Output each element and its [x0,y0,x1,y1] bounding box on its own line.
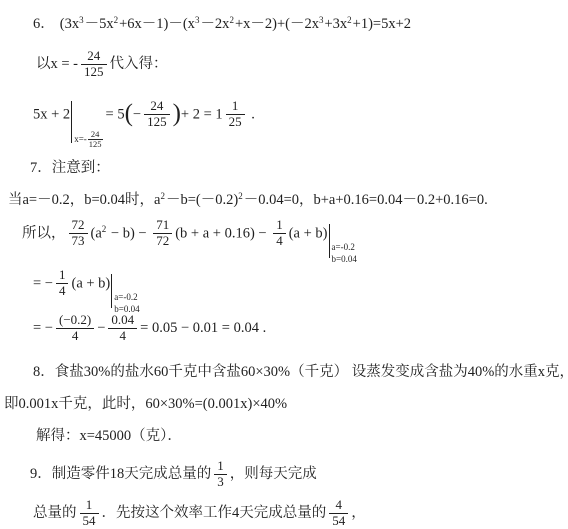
denominator: 73 [69,234,88,249]
numerator: (−0.2) [56,313,94,329]
math-text: －2x [200,16,229,32]
exponent: 2 [114,15,119,25]
math-text: − b) − [107,225,150,241]
text: ，则每天完成 [230,466,317,482]
fraction: 24125 [144,99,170,130]
item9-continuation: 总量的154．先按这个效率工作4天完成总量的454， [33,498,568,529]
item9-problem: 9．制造零件18天完成总量的13，则每天完成 [30,459,568,490]
numerator: 72 [69,218,88,234]
condition-a: a=-0.2 [114,293,139,304]
math-text: (a + b) [289,225,328,241]
math-text: +6x－1)－(x [119,16,195,32]
exponent: 2 [238,191,243,201]
big-left-paren: ( [125,100,133,127]
text: 解得：x=45000（克）． [36,428,182,444]
text: ．先按这个效率工作4天完成总量的 [102,504,327,520]
math-text: +1)=5x+2 [353,16,411,32]
fraction: 24125 [81,49,107,80]
text: ， [351,504,366,520]
math-text: − [97,320,105,336]
fraction: 24125 [88,130,103,149]
item7-result: = −(−0.2)4−0.044= 0.05 − 0.01 = 0.04 . [33,313,568,344]
fraction: 7273 [69,218,88,249]
item7-check-line: 当a=－0.2，b=0.04时，a2－b=(－0.2)2－0.04=0，b+a+… [8,188,568,209]
denominator: 4 [273,234,286,249]
exponent: 2 [347,15,352,25]
denominator: 25 [226,115,245,130]
math-text: = 0.05 − 0.01 = 0.04 . [140,320,266,336]
exponent: 2 [160,191,165,201]
item6-number: 6． [33,16,55,32]
fraction: 154 [80,498,99,529]
item7-heading: 7．注意到： [30,156,568,177]
exponent: 2 [102,224,107,234]
evaluation-bar: x=-24125 [71,101,103,143]
condition-b: b=0.04 [114,304,139,315]
numerator: 1 [214,459,227,475]
math-text: = 5 [106,106,125,122]
math-text: (a + b) [71,275,110,291]
numerator: 4 [329,498,348,514]
math-solutions-document: 6．(3x3－5x2+6x－1)－(x3－2x2+x－2)+(－2x3+3x2+… [0,0,568,529]
item8-equation: 即0.001x千克，此时，60×30%=(0.001x)×40% [4,392,568,413]
denominator: 125 [81,65,107,80]
numerator: 71 [153,218,172,234]
fraction: 454 [329,498,348,529]
numerator: 1 [80,498,99,514]
math-text: 以x = - [36,56,78,72]
denominator: 125 [88,140,103,149]
fraction: 14 [273,218,286,249]
denominator: 125 [144,115,170,130]
text: 即0.001x千克，此时，60×30%=(0.001x)×40% [4,396,287,412]
numerator: 24 [144,99,170,115]
math-text: +3x [324,16,347,32]
vertical-bar [111,274,112,308]
text: 8．食盐30%的盐水60千克中含盐60×30%（千克） 设蒸发变成含盐为40%的… [33,364,568,380]
condition-b: b=0.04 [332,254,357,265]
item8-answer: 解得：x=45000（克）． [36,424,568,445]
text: 9．制造零件18天完成总量的 [30,466,211,482]
vertical-bar [71,101,72,143]
exponent: 3 [79,15,84,25]
evaluation-bar: a=-0.2b=0.04 [329,224,357,258]
math-text: (b + a + 0.16) − [175,225,270,241]
denominator: 4 [56,284,69,299]
denominator: 72 [153,234,172,249]
math-text: －0.04=0，b+a+0.16=0.04－0.2+0.16=0. [244,192,488,208]
denominator: 54 [329,514,348,529]
exponent: 3 [195,15,200,25]
item6-substitution-note: 以x = -24125代入得： [36,49,568,80]
math-text: (a [91,225,102,241]
numerator: 0.04 [108,313,137,329]
denominator: 4 [108,329,137,344]
math-text: 当a=－0.2，b=0.04时，a [8,192,160,208]
math-text: = − [33,320,53,336]
math-text: (3x [60,16,79,32]
numerator: 1 [226,99,245,115]
condition-a: a=-0.2 [332,243,357,254]
evaluation-bar: a=-0.2b=0.04 [111,274,139,308]
fraction: 7172 [153,218,172,249]
denominator: 4 [56,329,94,344]
math-text: − [133,106,141,122]
item7-title: 7．注意到： [30,160,110,176]
fraction: 125 [226,99,245,130]
substitution-condition: a=-0.2b=0.04 [114,293,139,316]
big-right-paren: ) [173,100,181,127]
exponent: 3 [319,15,324,25]
exponent: 2 [229,15,234,25]
numerator: 1 [273,218,286,234]
fraction: 14 [56,268,69,299]
math-text: 代入得： [110,56,168,72]
math-text: = − [33,275,53,291]
math-text: 所以， [22,225,66,241]
numerator: 24 [81,49,107,65]
fraction: 13 [214,459,227,490]
denominator: 3 [214,475,227,490]
math-text: +x－2)+(－2x [235,16,319,32]
text: 总量的 [33,504,77,520]
condition-text: x=- [74,134,87,145]
math-text: . [248,106,255,122]
math-text: + 2 = 1 [181,106,223,122]
denominator: 54 [80,514,99,529]
math-text: －5x [85,16,114,32]
math-text: 5x + 2 [33,106,70,122]
fraction: 0.044 [108,313,137,344]
math-text: －b=(－0.2) [166,192,238,208]
item7-expression: 所以，7273(a2 − b) − 7172(b + a + 0.16) − 1… [22,217,568,251]
item6-evaluation: 5x + 2x=-24125= 5(−24125)+ 2 = 1125 . [33,94,568,136]
numerator: 1 [56,268,69,284]
vertical-bar [329,224,330,258]
fraction: (−0.2)4 [56,313,94,344]
substitution-condition: a=-0.2b=0.04 [332,243,357,266]
item8-problem: 8．食盐30%的盐水60千克中含盐60×30%（千克） 设蒸发变成含盐为40%的… [33,360,568,381]
item6-given-equation: 6．(3x3－5x2+6x－1)－(x3－2x2+x－2)+(－2x3+3x2+… [33,12,568,33]
substitution-condition: x=-24125 [74,130,103,149]
item7-step2: = −14(a + b)a=-0.2b=0.04 [33,267,568,301]
